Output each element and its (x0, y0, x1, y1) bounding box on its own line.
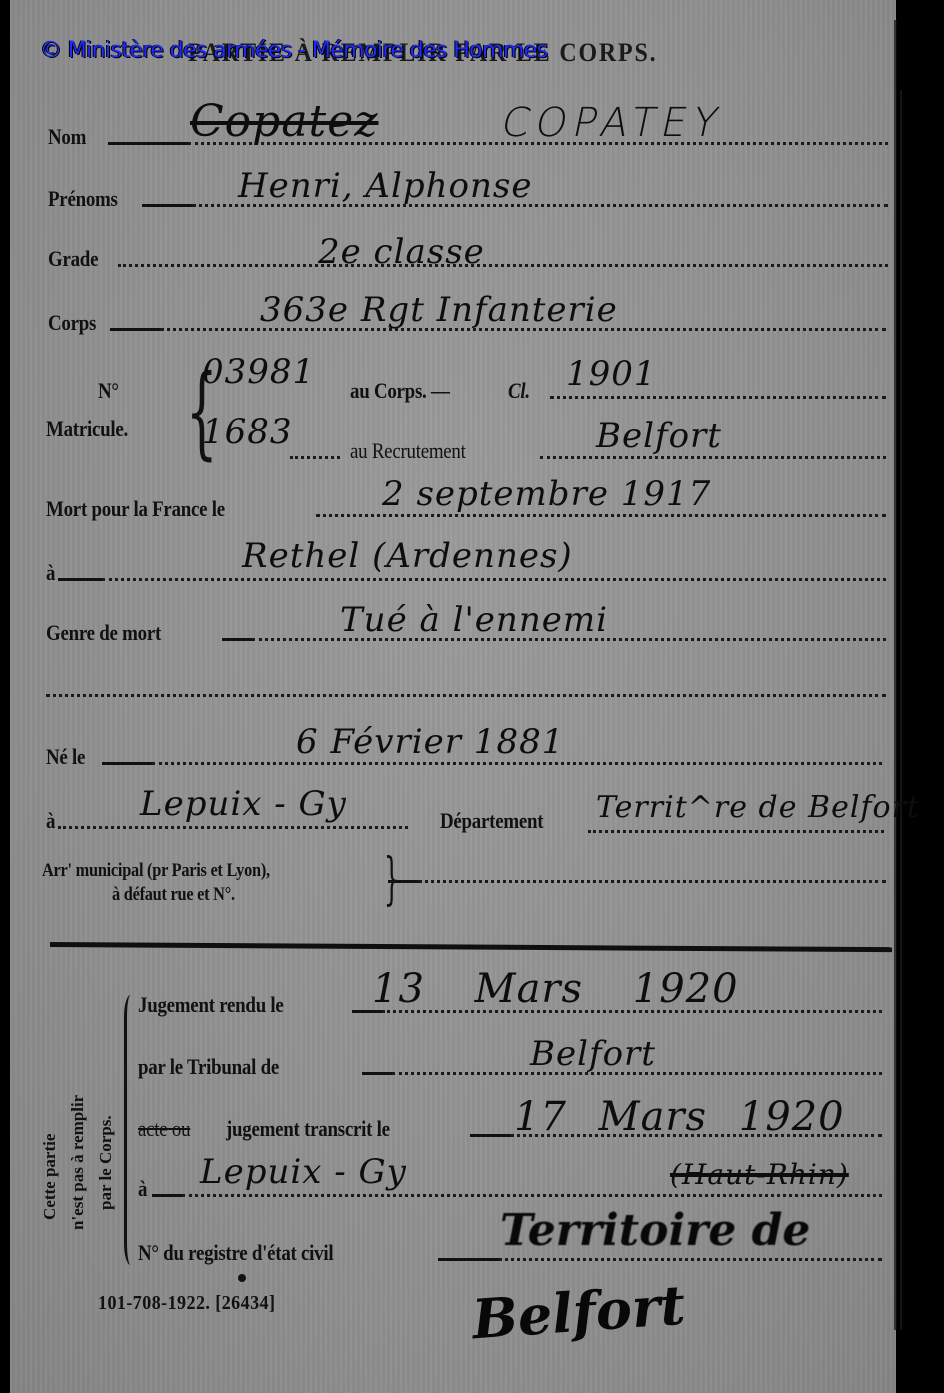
leader-dots (540, 456, 886, 459)
leader-dash (152, 1194, 182, 1197)
label-prenoms: Prénoms (48, 186, 118, 212)
recrutement-value: Belfort (596, 416, 722, 456)
leader-dots (102, 578, 886, 581)
leader-dash (438, 1258, 498, 1261)
leader-dots (290, 456, 340, 459)
tribunal-value: Belfort (530, 1034, 656, 1074)
jugement-date-value: 13 Mars 1920 (372, 966, 739, 1012)
label-genre-de-mort: Genre de mort (46, 620, 161, 646)
leader-dots (588, 830, 884, 833)
leader-dash (102, 762, 152, 765)
leader-dots (152, 762, 882, 765)
label-classe: Cl. (508, 378, 530, 404)
side-note-line-1: Cette partie (40, 1134, 60, 1220)
leader-dash (388, 880, 418, 883)
leader-dash (110, 328, 160, 331)
side-note: Cette partie n'est pas à remplir par le … (40, 1040, 125, 1220)
transcrit-date-value: 17 Mars 1920 (514, 1094, 845, 1140)
grade-value: 2e classe (318, 232, 485, 272)
label-matricule: Matricule. (46, 416, 128, 442)
label-departement: Département (440, 808, 543, 834)
label-mort-pour-la-france: Mort pour la France le (46, 496, 225, 522)
arr-municipal-line (418, 880, 886, 883)
blank-line (46, 694, 886, 697)
lieu-naissance-value: Lepuix - Gy (140, 784, 347, 824)
leader-dash (108, 142, 188, 145)
card-edge-inner (900, 90, 902, 1330)
copyright-watermark: © Ministère des armées - Mémoire des Hom… (40, 38, 547, 63)
leader-dots (498, 1258, 882, 1261)
label-lieu-naissance: à (46, 808, 55, 834)
label-lieu-transcription: à (138, 1176, 147, 1202)
jugement-brace (124, 995, 135, 1265)
card-edge (894, 20, 897, 1330)
label-acte-ou-struck: acte ou (138, 1116, 190, 1142)
ne-le-value: 6 Février 1881 (296, 722, 564, 762)
corps-value: 363e Rgt Infanterie (260, 290, 618, 330)
leader-dash (222, 638, 252, 641)
print-code: 101-708-1922. [26434] (98, 1292, 275, 1315)
leader-dots (316, 514, 886, 517)
death-record-card: PARTIE À REMPLIR PAR LE CORPS. Nom Copat… (10, 0, 896, 1393)
leader-dash (470, 1134, 510, 1137)
label-jugement-rendu: Jugement rendu le (138, 992, 284, 1018)
label-defaut-rue: à défaut rue et N°. (112, 884, 235, 906)
label-nom: Nom (48, 124, 86, 150)
section-divider (50, 942, 892, 952)
label-registre: N° du registre d'état civil (138, 1240, 333, 1266)
matricule-recrutement-number: 1683 (202, 412, 293, 452)
label-lieu-mort: à (46, 560, 55, 586)
leader-dots (58, 826, 408, 829)
prenoms-value: Henri, Alphonse (238, 166, 532, 206)
label-grade: Grade (48, 246, 98, 272)
label-au-recrutement: au Recrutement (350, 438, 466, 464)
label-jugement-transcrit: jugement transcrit le (226, 1116, 390, 1142)
nom-struck-value: Copatez (190, 96, 378, 147)
label-numero: N° (98, 378, 119, 404)
lieu-transcription-value: Lepuix - Gy (200, 1152, 407, 1192)
lieu-mort-value: Rethel (Ardennes) (242, 536, 573, 576)
label-ne-le: Né le (46, 744, 85, 770)
label-arr-municipal: Arr' municipal (pr Paris et Lyon), (42, 860, 270, 882)
departement-value: Territ^re de Belfort (596, 790, 920, 825)
lieu-transcription-struck-value: (Haut-Rhin) (670, 1158, 849, 1191)
leader-dash (142, 204, 192, 207)
leader-dots (550, 396, 886, 399)
belfort-stamp: Belfort (470, 1273, 687, 1352)
label-au-corps: au Corps. — (350, 378, 450, 404)
side-note-line-3: par le Corps. (96, 1115, 116, 1210)
leader-dots (118, 264, 888, 267)
leader-dash (58, 578, 102, 581)
side-note-line-2: n'est pas à remplir (68, 1095, 88, 1230)
classe-value: 1901 (566, 354, 657, 394)
mort-date-value: 2 septembre 1917 (382, 474, 711, 514)
ink-dot (238, 1274, 246, 1282)
territoire-stamp: Territoire de (500, 1205, 810, 1256)
genre-de-mort-value: Tué à l'ennemi (340, 600, 608, 640)
matricule-corps-number: 03981 (202, 352, 315, 392)
label-tribunal: par le Tribunal de (138, 1054, 279, 1080)
leader-dots (182, 1194, 882, 1197)
label-corps: Corps (48, 310, 96, 336)
leader-dash (362, 1072, 392, 1075)
nom-value: COPATEY (497, 100, 728, 146)
